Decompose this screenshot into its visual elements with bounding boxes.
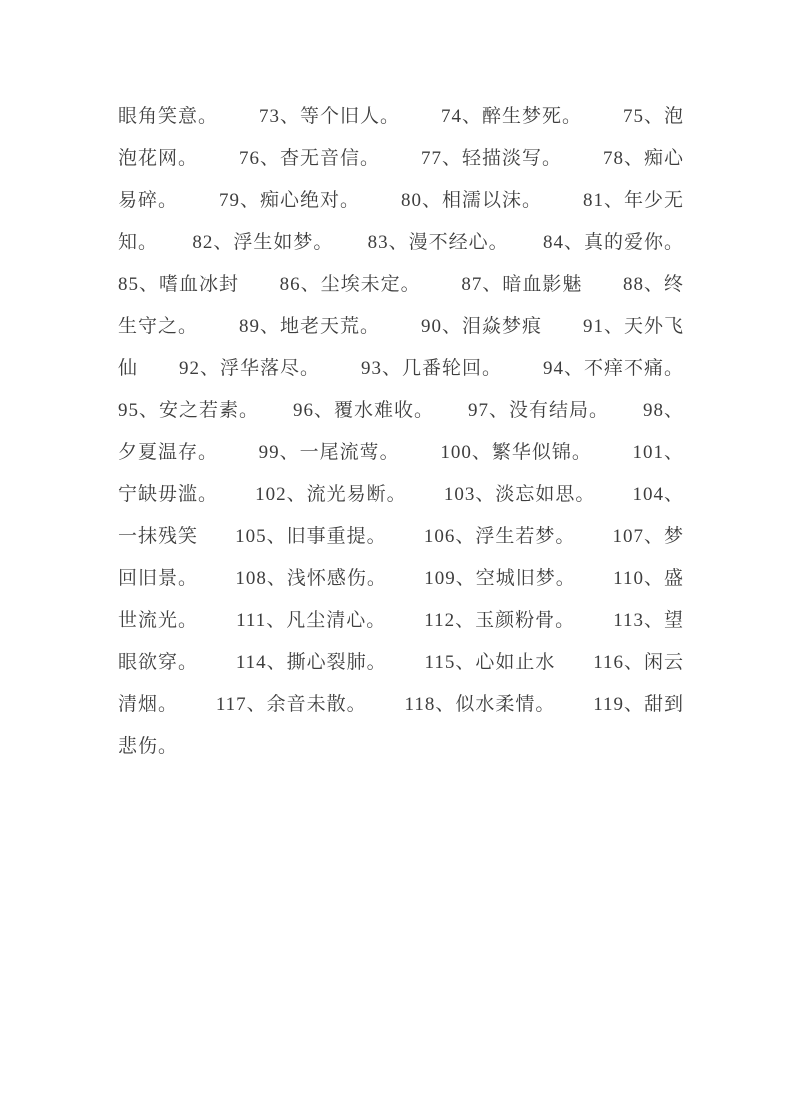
text-segment: 86、尘埃未定。: [280, 269, 421, 296]
text-segment: 88、终: [623, 269, 684, 296]
text-segment: 111、凡尘清心。: [236, 605, 386, 632]
text-segment: 91、天外飞: [583, 311, 684, 338]
text-segment: 95、安之若素。: [118, 395, 259, 422]
text-segment: 98、: [643, 395, 684, 422]
text-segment: 79、痴心绝对。: [219, 185, 360, 212]
text-line: 悲伤。: [118, 723, 684, 765]
text-segment: 103、淡忘如思。: [444, 479, 596, 506]
text-segment: 105、旧事重提。: [235, 521, 387, 548]
text-segment: 116、闲云: [593, 647, 684, 674]
text-segment: 119、甜到: [593, 689, 684, 716]
text-segment: 101、: [632, 437, 684, 464]
text-line: 95、安之若素。96、覆水难收。97、没有结局。98、: [118, 387, 684, 429]
text-line: 眼欲穿。114、撕心裂肺。115、心如止水116、闲云: [118, 639, 684, 681]
text-segment: 104、: [632, 479, 684, 506]
text-segment: 108、浅怀感伤。: [235, 563, 387, 590]
text-segment: 78、痴心: [603, 143, 684, 170]
text-segment: 114、撕心裂肺。: [236, 647, 387, 674]
text-segment: 一抹残笑: [118, 521, 198, 548]
text-segment: 84、真的爱你。: [543, 227, 684, 254]
text-line: 泡花网。76、杳无音信。77、轻描淡写。78、痴心: [118, 135, 684, 177]
text-segment: 92、浮华落尽。: [179, 353, 320, 380]
text-segment: 眼角笑意。: [118, 101, 218, 128]
text-segment: 回旧景。: [118, 563, 198, 590]
text-segment: 85、嗜血冰封: [118, 269, 239, 296]
text-segment: 106、浮生若梦。: [424, 521, 576, 548]
text-line: 清烟。117、余音未散。118、似水柔情。119、甜到: [118, 681, 684, 723]
text-segment: 81、年少无: [583, 185, 684, 212]
text-line: 夕夏温存。99、一尾流莺。100、繁华似锦。101、: [118, 429, 684, 471]
text-line: 眼角笑意。73、等个旧人。74、醉生梦死。75、泡: [118, 93, 684, 135]
text-segment: 悲伤。: [118, 731, 178, 758]
text-segment: 82、浮生如梦。: [192, 227, 333, 254]
text-segment: 109、空城旧梦。: [424, 563, 576, 590]
text-segment: 易碎。: [118, 185, 178, 212]
text-segment: 76、杳无音信。: [239, 143, 380, 170]
text-line: 易碎。79、痴心绝对。80、相濡以沫。81、年少无: [118, 177, 684, 219]
text-segment: 94、不痒不痛。: [543, 353, 684, 380]
text-segment: 知。: [118, 227, 158, 254]
text-segment: 118、似水柔情。: [405, 689, 556, 716]
text-segment: 99、一尾流莺。: [259, 437, 400, 464]
text-segment: 73、等个旧人。: [259, 101, 400, 128]
text-segment: 96、覆水难收。: [293, 395, 434, 422]
text-segment: 清烟。: [118, 689, 178, 716]
text-line: 回旧景。108、浅怀感伤。109、空城旧梦。110、盛: [118, 555, 684, 597]
text-segment: 仙: [118, 353, 138, 380]
text-segment: 112、玉颜粉骨。: [424, 605, 575, 632]
text-line: 生守之。89、地老天荒。90、泪焱梦痕91、天外飞: [118, 303, 684, 345]
text-segment: 80、相濡以沫。: [401, 185, 542, 212]
text-segment: 115、心如止水: [425, 647, 556, 674]
text-segment: 102、流光易断。: [255, 479, 407, 506]
text-segment: 107、梦: [612, 521, 684, 548]
text-segment: 世流光。: [118, 605, 198, 632]
text-segment: 89、地老天荒。: [239, 311, 380, 338]
text-segment: 生守之。: [118, 311, 198, 338]
text-segment: 83、漫不经心。: [368, 227, 509, 254]
text-line: 知。82、浮生如梦。83、漫不经心。84、真的爱你。: [118, 219, 684, 261]
text-segment: 夕夏温存。: [118, 437, 218, 464]
text-line: 宁缺毋滥。102、流光易断。103、淡忘如思。104、: [118, 471, 684, 513]
text-line: 仙92、浮华落尽。93、几番轮回。94、不痒不痛。: [118, 345, 684, 387]
text-segment: 眼欲穿。: [118, 647, 198, 674]
text-segment: 宁缺毋滥。: [118, 479, 218, 506]
text-segment: 117、余音未散。: [216, 689, 367, 716]
document-page: 眼角笑意。73、等个旧人。74、醉生梦死。75、泡泡花网。76、杳无音信。77、…: [0, 0, 792, 1120]
text-segment: 97、没有结局。: [468, 395, 609, 422]
text-segment: 泡花网。: [118, 143, 198, 170]
text-line: 世流光。111、凡尘清心。112、玉颜粉骨。113、望: [118, 597, 684, 639]
text-segment: 75、泡: [623, 101, 684, 128]
text-segment: 90、泪焱梦痕: [421, 311, 542, 338]
text-segment: 74、醉生梦死。: [441, 101, 582, 128]
text-line: 一抹残笑105、旧事重提。106、浮生若梦。107、梦: [118, 513, 684, 555]
text-segment: 113、望: [613, 605, 684, 632]
document-body: 眼角笑意。73、等个旧人。74、醉生梦死。75、泡泡花网。76、杳无音信。77、…: [118, 93, 684, 765]
text-segment: 77、轻描淡写。: [421, 143, 562, 170]
text-segment: 110、盛: [613, 563, 684, 590]
text-segment: 87、暗血影魅: [461, 269, 582, 296]
text-segment: 100、繁华似锦。: [440, 437, 592, 464]
text-segment: 93、几番轮回。: [361, 353, 502, 380]
text-line: 85、嗜血冰封86、尘埃未定。87、暗血影魅88、终: [118, 261, 684, 303]
